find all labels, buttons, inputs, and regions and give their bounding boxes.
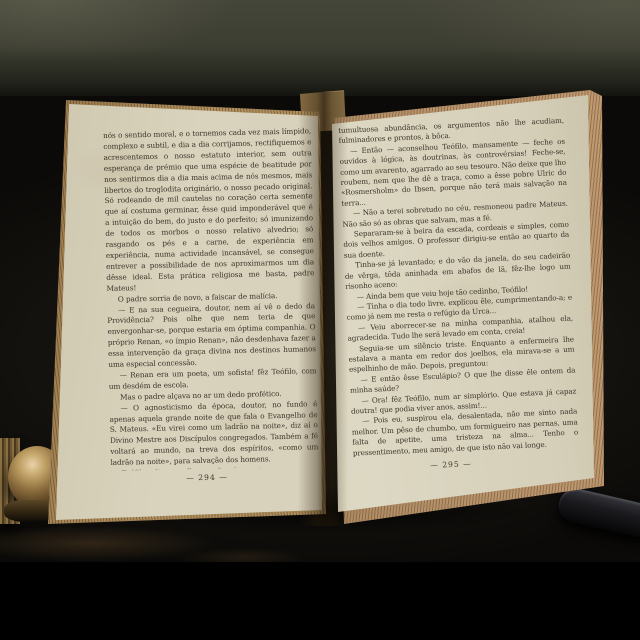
paragraph: — E na sua cegueira, doutor, nem aí vê o…: [107, 301, 316, 371]
background-wall: [0, 0, 640, 104]
paragraph: — Então — aconselhou Teófilo, mansamente…: [339, 137, 568, 210]
paragraph: — O agnosticismo da época, doutor, no fu…: [109, 399, 318, 469]
book-photo-scene: nós o sentido moral, e o tornemos cada v…: [0, 0, 640, 640]
left-page-text: nós o sentido moral, e o tornemos cada v…: [103, 126, 319, 471]
letterbox-bottom: [0, 562, 640, 640]
paragraph: nós o sentido moral, e o tornemos cada v…: [103, 126, 315, 294]
right-page-text: tumultuosa abundância, os argumentos não…: [338, 116, 579, 458]
